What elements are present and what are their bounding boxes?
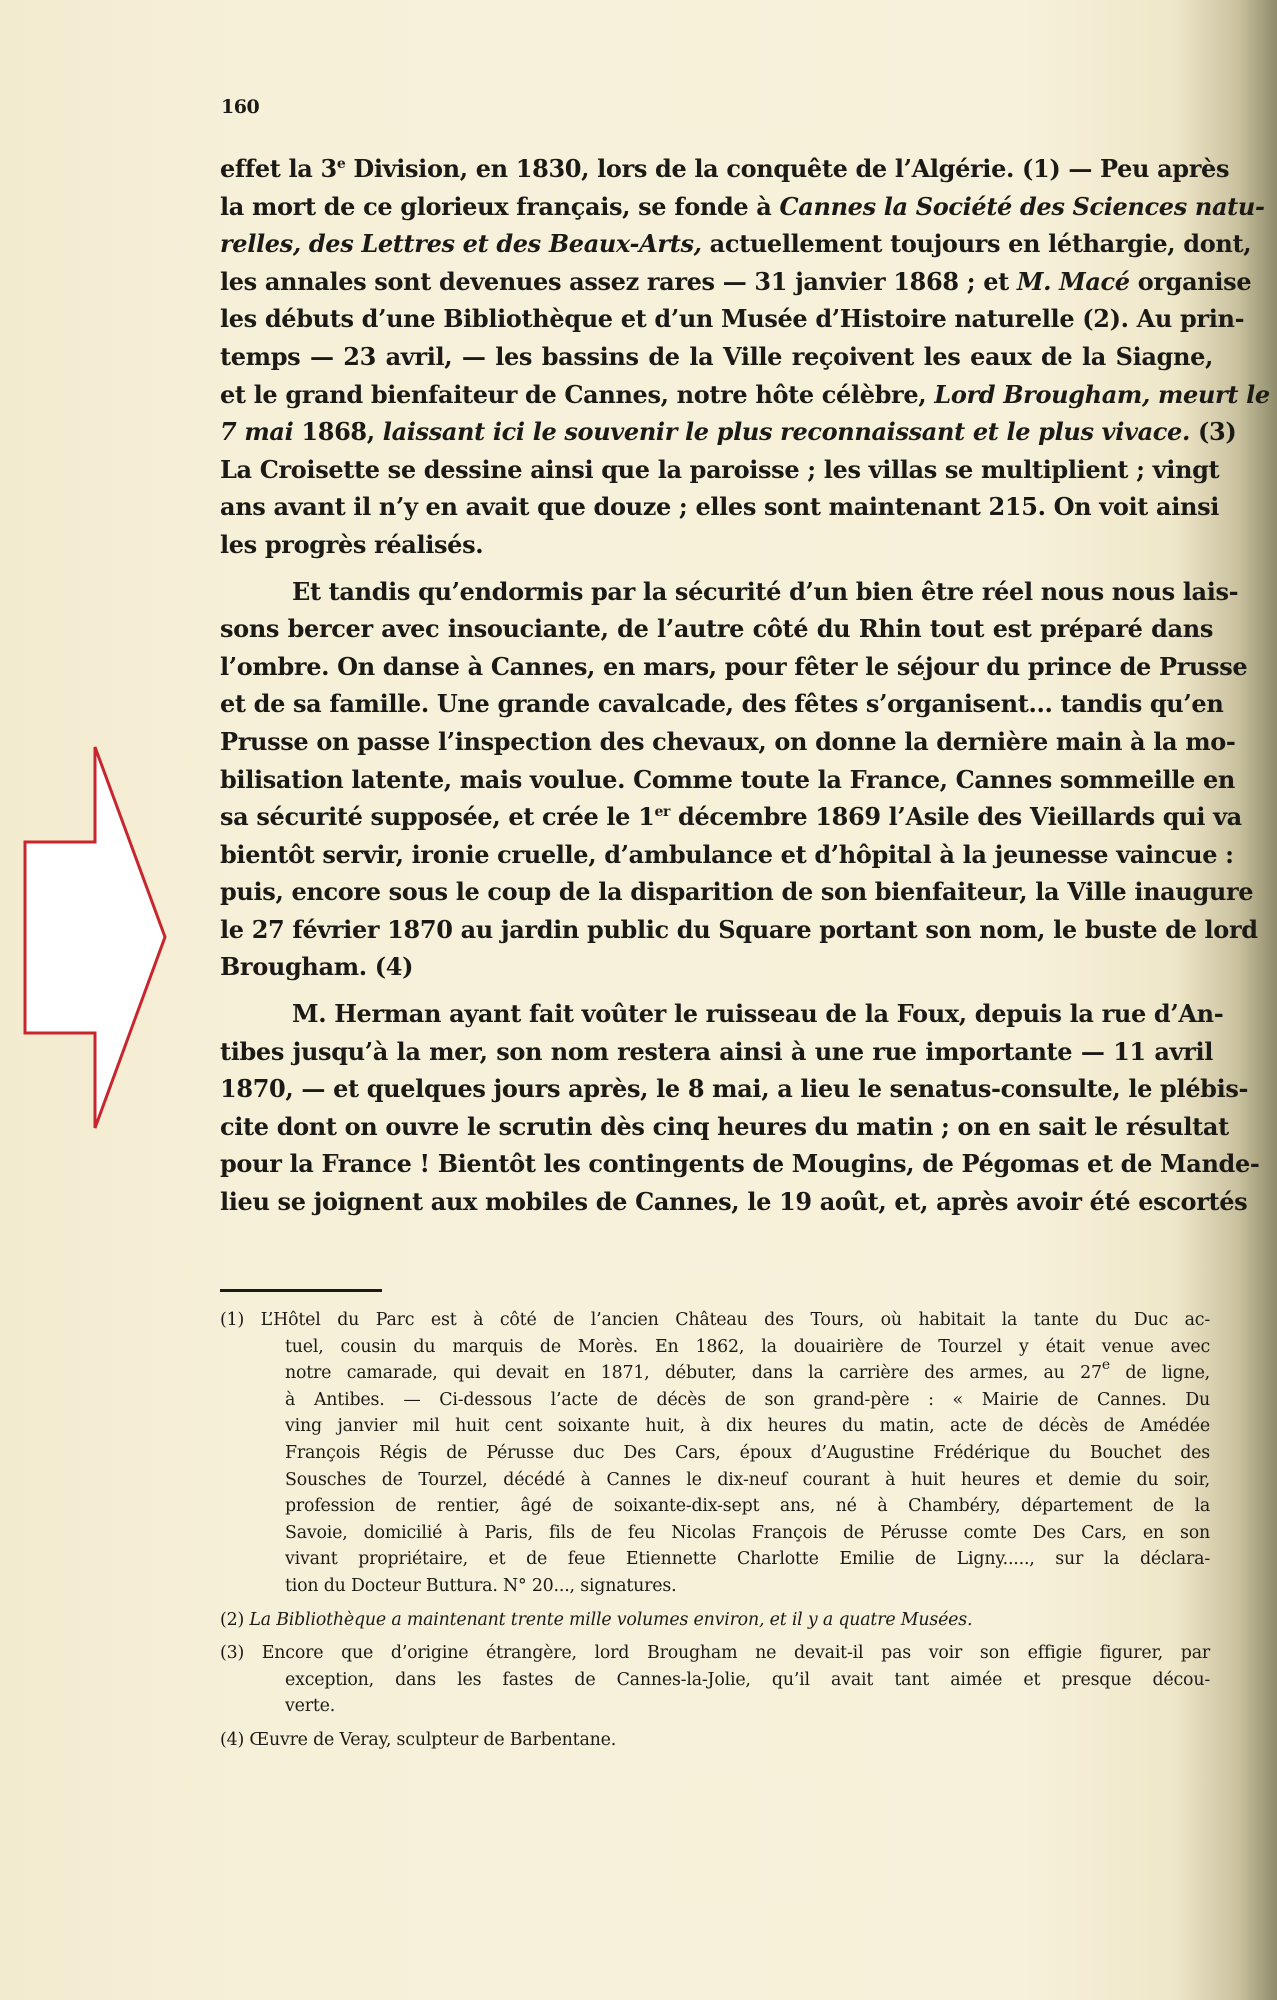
text-run: décembre 1869 l’Asile des Vieillards qui…: [670, 802, 1242, 831]
paragraph: Et tandis qu’endormis par la sécurité d’…: [220, 573, 1213, 987]
text-line: 1870, — et quelques jours après, le 8 ma…: [220, 1070, 1213, 1108]
text-run: (4) Œuvre de Veray, sculpteur de Barbent…: [220, 1730, 616, 1750]
footnote-line: (1) L’Hôtel du Parc est à côté de l’anci…: [220, 1307, 1210, 1334]
footnote-line: profession de rentier, âgé de soixante-d…: [220, 1493, 1210, 1520]
text-run: tuel, cousin du marquis de Morès. En 186…: [285, 1337, 1210, 1357]
text-run: l’ombre. On danse à Cannes, en mars, pou…: [220, 652, 1247, 681]
text-run: 1868,: [293, 417, 382, 446]
text-run: La Croisette se dessine ainsi que la par…: [220, 455, 1219, 484]
footnotes: (1) L’Hôtel du Parc est à côté de l’anci…: [220, 1307, 1210, 1754]
text-run: François Régis de Pérusse duc Des Cars, …: [285, 1443, 1210, 1463]
text-run: actuellement toujours en léthargie, dont…: [702, 229, 1252, 258]
footnote-line: (4) Œuvre de Veray, sculpteur de Barbent…: [220, 1727, 1210, 1754]
text-run: Savoie, domicilié à Paris, fils de feu N…: [285, 1523, 1210, 1543]
text-line: bientôt servir, ironie cruelle, d’ambula…: [220, 836, 1213, 874]
paragraph: M. Herman ayant fait voûter le ruisseau …: [220, 995, 1213, 1221]
footnote-line: exception, dans les fastes de Cannes-la-…: [220, 1667, 1210, 1694]
text-run: sons bercer avec insouciante, de l’autre…: [220, 614, 1213, 643]
text-run: (2): [220, 1610, 249, 1630]
text-line: lieu se joignent aux mobiles de Cannes, …: [220, 1183, 1213, 1221]
superscript: er: [654, 804, 670, 820]
footnote-3: (3) Encore que d’origine étrangère, lord…: [220, 1640, 1210, 1720]
italic-text: La Bibliothèque a maintenant trente mill…: [249, 1610, 972, 1630]
text-run: M. Herman ayant fait voûter le ruisseau …: [292, 999, 1223, 1028]
text-run: à Antibes. — Ci-dessous l’acte de décès …: [285, 1390, 1210, 1410]
footnote-line: Sousches de Tourzel, décédé à Cannes le …: [220, 1467, 1210, 1494]
text-run: ans avant il n’y en avait que douze ; el…: [220, 492, 1219, 521]
text-run: effet la 3: [220, 154, 337, 183]
footnote-line: tuel, cousin du marquis de Morès. En 186…: [220, 1334, 1210, 1361]
text-line: et le grand bienfaiteur de Cannes, notre…: [220, 376, 1213, 414]
text-line: temps — 23 avril, — les bassins de la Vi…: [220, 338, 1213, 376]
text-run: bilisation latente, mais voulue. Comme t…: [220, 765, 1235, 794]
italic-text: Lord Brougham, meurt le: [934, 380, 1269, 409]
footnote-line: vivant propriétaire, et de feue Etiennet…: [220, 1546, 1210, 1573]
text-run: et le grand bienfaiteur de Cannes, notre…: [220, 380, 934, 409]
footnote-line: tion du Docteur Buttura. N° 20..., signa…: [220, 1573, 1210, 1600]
footnote-line: François Régis de Pérusse duc Des Cars, …: [220, 1440, 1210, 1467]
text-line: effet la 3e Division, en 1830, lors de l…: [220, 150, 1213, 188]
footnote-separator-rule: [220, 1289, 382, 1292]
text-run: les débuts d’une Bibliothèque et d’un Mu…: [220, 304, 1244, 333]
paragraph-gap: [220, 564, 1213, 573]
footnote-line: ving janvier mil huit cent soixante huit…: [220, 1413, 1210, 1440]
text-run: puis, encore sous le coup de la disparit…: [220, 877, 1253, 906]
text-line: la mort de ce glorieux français, se fond…: [220, 188, 1213, 226]
text-line: ans avant il n’y en avait que douze ; el…: [220, 488, 1213, 526]
text-run: Brougham. (4): [220, 952, 413, 981]
text-line: tibes jusqu’à la mer, son nom restera ai…: [220, 1033, 1213, 1071]
text-run: et de sa famille. Une grande cavalcade, …: [220, 689, 1223, 718]
footnote-gap: [220, 1720, 1210, 1727]
text-run: (3): [1190, 417, 1236, 446]
text-line: M. Herman ayant fait voûter le ruisseau …: [220, 995, 1213, 1033]
footnote-line: Savoie, domicilié à Paris, fils de feu N…: [220, 1520, 1210, 1547]
text-run: bientôt servir, ironie cruelle, d’ambula…: [220, 840, 1234, 869]
text-line: l’ombre. On danse à Cannes, en mars, pou…: [220, 648, 1213, 686]
text-run: verte.: [285, 1696, 335, 1716]
arrow-shape: [25, 747, 165, 1128]
footnote-line: notre camarade, qui devait en 1871, débu…: [220, 1360, 1210, 1387]
paragraph-gap: [220, 986, 1213, 995]
text-run: les progrès réalisés.: [220, 530, 483, 559]
text-run: exception, dans les fastes de Cannes-la-…: [285, 1670, 1210, 1690]
text-line: relles, des Lettres et des Beaux-Arts, a…: [220, 225, 1213, 263]
text-line: La Croisette se dessine ainsi que la par…: [220, 451, 1213, 489]
text-line: 7 mai 1868, laissant ici le souvenir le …: [220, 413, 1213, 451]
text-run: vivant propriétaire, et de feue Etiennet…: [285, 1549, 1210, 1569]
text-run: temps — 23 avril, — les bassins de la Vi…: [220, 342, 1213, 371]
text-run: ving janvier mil huit cent soixante huit…: [285, 1416, 1210, 1436]
text-line: puis, encore sous le coup de la disparit…: [220, 873, 1213, 911]
footnote-line: verte.: [220, 1693, 1210, 1720]
page-number: 160: [221, 96, 259, 118]
text-run: notre camarade, qui devait en 1871, débu…: [285, 1363, 1102, 1383]
footnote-gap: [220, 1633, 1210, 1640]
text-line: les débuts d’une Bibliothèque et d’un Mu…: [220, 300, 1213, 338]
text-run: profession de rentier, âgé de soixante-d…: [285, 1496, 1210, 1516]
text-line: et de sa famille. Une grande cavalcade, …: [220, 685, 1213, 723]
italic-text: relles, des Lettres et des Beaux-Arts,: [220, 229, 702, 258]
text-run: (3) Encore que d’origine étrangère, lord…: [220, 1643, 1210, 1663]
text-run: les annales sont devenues assez rares — …: [220, 267, 1017, 296]
italic-text: 7 mai: [220, 417, 293, 446]
text-line: Prusse on passe l’inspection des chevaux…: [220, 723, 1213, 761]
text-line: Brougham. (4): [220, 948, 1213, 986]
text-run: (1) L’Hôtel du Parc est à côté de l’anci…: [220, 1310, 1210, 1330]
text-line: cite dont on ouvre le scrutin dès cinq h…: [220, 1108, 1213, 1146]
text-line: sons bercer avec insouciante, de l’autre…: [220, 610, 1213, 648]
superscript: e: [1102, 1357, 1110, 1373]
footnote-4: (4) Œuvre de Veray, sculpteur de Barbent…: [220, 1727, 1210, 1754]
footnote-2: (2) La Bibliothèque a maintenant trente …: [220, 1607, 1210, 1634]
text-run: de ligne,: [1110, 1363, 1210, 1383]
footnote-1: (1) L’Hôtel du Parc est à côté de l’anci…: [220, 1307, 1210, 1600]
footnote-gap: [220, 1600, 1210, 1607]
footnote-line: à Antibes. — Ci-dessous l’acte de décès …: [220, 1387, 1210, 1414]
text-line: le 27 février 1870 au jardin public du S…: [220, 911, 1213, 949]
text-run: tion du Docteur Buttura. N° 20..., signa…: [285, 1576, 676, 1596]
text-run: Prusse on passe l’inspection des chevaux…: [220, 727, 1236, 756]
text-line: sa sécurité supposée, et crée le 1er déc…: [220, 798, 1213, 836]
text-run: la mort de ce glorieux français, se fond…: [220, 192, 780, 221]
text-line: les annales sont devenues assez rares — …: [220, 263, 1213, 301]
text-line: bilisation latente, mais voulue. Comme t…: [220, 761, 1213, 799]
text-run: sa sécurité supposée, et crée le 1: [220, 802, 654, 831]
italic-text: Cannes la Société des Sciences natu-: [780, 192, 1265, 221]
text-line: pour la France ! Bientôt les contingents…: [220, 1145, 1213, 1183]
text-run: tibes jusqu’à la mer, son nom restera ai…: [220, 1037, 1213, 1066]
footnote-line: (2) La Bibliothèque a maintenant trente …: [220, 1607, 1210, 1634]
body-text: effet la 3e Division, en 1830, lors de l…: [220, 150, 1213, 1221]
text-run: lieu se joignent aux mobiles de Cannes, …: [220, 1187, 1247, 1216]
text-run: organise: [1130, 267, 1252, 296]
text-run: Et tandis qu’endormis par la sécurité d’…: [292, 577, 1238, 606]
text-run: Division, en 1830, lors de la conquête d…: [345, 154, 1229, 183]
text-run: le 27 février 1870 au jardin public du S…: [220, 915, 1258, 944]
text-run: 1870, — et quelques jours après, le 8 ma…: [220, 1074, 1248, 1103]
text-line: les progrès réalisés.: [220, 526, 1213, 564]
italic-text: laissant ici le souvenir le plus reconna…: [383, 417, 1190, 446]
text-line: Et tandis qu’endormis par la sécurité d’…: [220, 573, 1213, 611]
text-run: Sousches de Tourzel, décédé à Cannes le …: [285, 1470, 1210, 1490]
text-run: cite dont on ouvre le scrutin dès cinq h…: [220, 1112, 1229, 1141]
footnote-line: (3) Encore que d’origine étrangère, lord…: [220, 1640, 1210, 1667]
italic-text: M. Macé: [1017, 267, 1130, 296]
paragraph: effet la 3e Division, en 1830, lors de l…: [220, 150, 1213, 564]
text-run: pour la France ! Bientôt les contingents…: [220, 1149, 1260, 1178]
